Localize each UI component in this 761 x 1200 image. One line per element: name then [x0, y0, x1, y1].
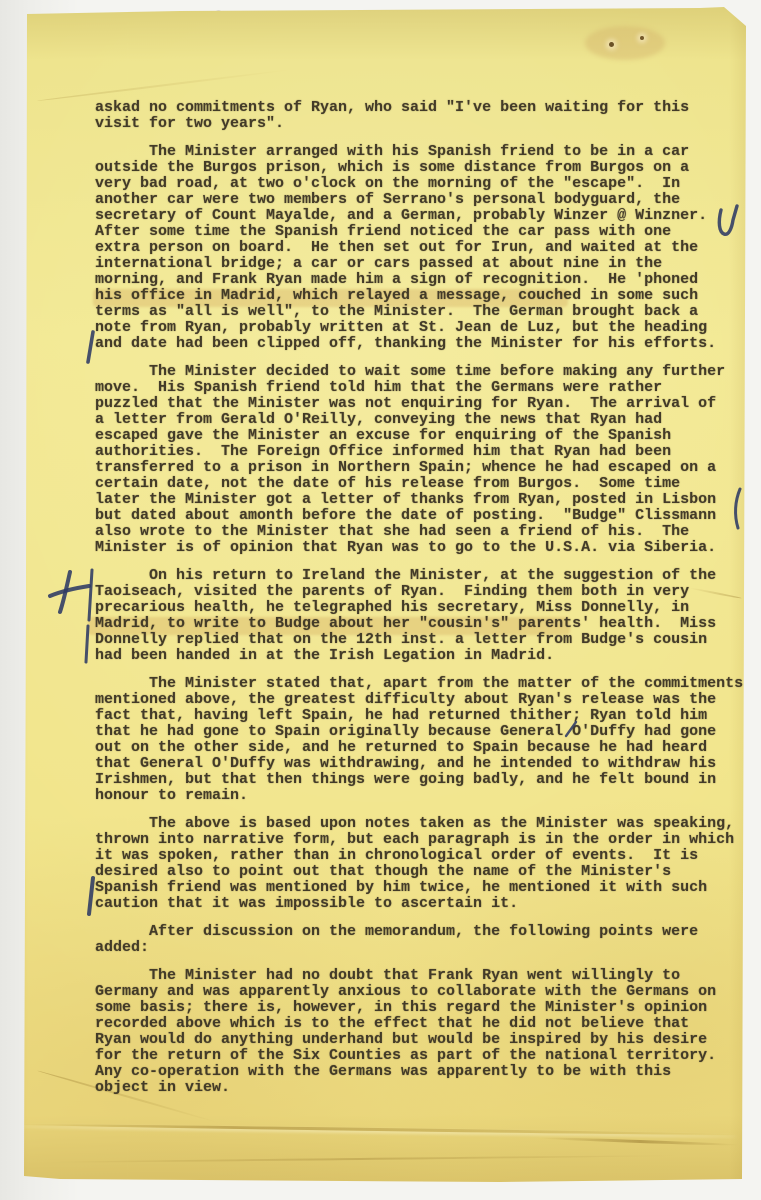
typewritten-line: precarious health, he telegraphed his se… [95, 600, 755, 616]
typewritten-line: The above is based upon notes taken as t… [95, 816, 755, 832]
typewritten-line: his office in Madrid, which relayed a me… [95, 288, 755, 304]
paragraph: The Minister arranged with his Spanish f… [95, 144, 755, 352]
paper-sheet: askad no commitments of Ryan, who said "… [0, 0, 761, 1200]
typewritten-text: askad no commitments of Ryan, who said "… [95, 100, 755, 1108]
typewritten-line: askad no commitments of Ryan, who said "… [95, 100, 755, 116]
typewritten-line: secretary of Count Mayalde, and a German… [95, 208, 755, 224]
ink-cross-icon [60, 572, 70, 612]
crease-line [540, 1137, 740, 1147]
typewritten-line: but dated about amonth before the date o… [95, 508, 755, 524]
typewritten-line: note from Ryan, probably written at St. … [95, 320, 755, 336]
typewritten-line: After some time the Spanish friend notic… [95, 224, 755, 240]
typewritten-line: had been handed in at the Irish Legation… [95, 648, 755, 664]
typewritten-line: After discussion on the memorandum, the … [95, 924, 755, 940]
scanned-document: askad no commitments of Ryan, who said "… [0, 0, 761, 1200]
typewritten-line: The Minister stated that, apart from the… [95, 676, 755, 692]
typewritten-line: some basis; there is, however, in this r… [95, 1000, 755, 1016]
typewritten-line: Germany and was apparently anxious to co… [95, 984, 755, 1000]
paragraph: The Minister decided to wait some time b… [95, 364, 755, 556]
typewritten-line: visit for two years". [95, 116, 755, 132]
typewritten-line: The Minister arranged with his Spanish f… [95, 144, 755, 160]
typewritten-line: it was spoken, rather than in chronologi… [95, 848, 755, 864]
typewritten-line: for the return of the Six Counties as pa… [95, 1048, 755, 1064]
typewritten-line: Donnelly replied that on the 12th inst. … [95, 632, 755, 648]
typewritten-line: out on the other side, and he returned t… [95, 740, 755, 756]
typewritten-line: The Minister decided to wait some time b… [95, 364, 755, 380]
ink-line-icon [86, 570, 92, 662]
paragraph: askad no commitments of Ryan, who said "… [95, 100, 755, 132]
typewritten-line: caution that it was impossible to ascert… [95, 896, 755, 912]
typewritten-line: authorities. The Foreign Office informed… [95, 444, 755, 460]
typewritten-line: certain date, not the date of his releas… [95, 476, 755, 492]
paragraph: After discussion on the memorandum, the … [95, 924, 755, 956]
typewritten-line: Madrid, to write to Budge about her "cou… [95, 616, 755, 632]
tape-stain [585, 26, 665, 60]
typewritten-line: desired also to point out that though th… [95, 864, 755, 880]
typewritten-line: honour to remain. [95, 788, 755, 804]
paragraph: The above is based upon notes taken as t… [95, 816, 755, 912]
typewritten-line: terms as "all is well", to the Minister.… [95, 304, 755, 320]
typewritten-line: morning, and Frank Ryan made him a sign … [95, 272, 755, 288]
crease-line [40, 1155, 680, 1164]
typewritten-line: that General O'Duffy was withdrawing, an… [95, 756, 755, 772]
typewritten-line: also wrote to the Minister that she had … [95, 524, 755, 540]
typewritten-line: puzzled that the Minister was not enquir… [95, 396, 755, 412]
crease-line [37, 68, 295, 102]
typewritten-line: outside the Burgos prison, which is some… [95, 160, 755, 176]
pin-hole [609, 42, 614, 47]
typewritten-line: Minister is of opinion that Ryan was to … [95, 540, 755, 556]
typewritten-line: Irishmen, but that then things were goin… [95, 772, 755, 788]
typewritten-line: Spanish friend was mentioned by him twic… [95, 880, 755, 896]
typewritten-line: and date had been clipped off, thanking … [95, 336, 755, 352]
ink-speck [214, 5, 223, 11]
paragraph: The Minister had no doubt that Frank Rya… [95, 968, 755, 1096]
typewritten-line: very bad road, at two o'clock on the mor… [95, 176, 755, 192]
typewritten-line: Any co-operation with the Germans was ap… [95, 1064, 755, 1080]
typewritten-line: Ryan would do anything underhand but wou… [95, 1032, 755, 1048]
typewritten-line: mentioned above, the greatest difficulty… [95, 692, 755, 708]
typewritten-line: international bridge; a car or cars pass… [95, 256, 755, 272]
typewritten-line: that he had gone to Spain originally bec… [95, 724, 755, 740]
typewritten-line: transferred to a prison in Northern Spai… [95, 460, 755, 476]
ink-cross-icon [50, 586, 89, 596]
typewritten-line: extra person on board. He then set out f… [95, 240, 755, 256]
typewritten-line: On his return to Ireland the Minister, a… [95, 568, 755, 584]
typewritten-line: The Minister had no doubt that Frank Rya… [95, 968, 755, 984]
ink-stroke-icon [88, 332, 93, 362]
typewritten-line: thrown into narrative form, but each par… [95, 832, 755, 848]
typewritten-line: Taoiseach, visited the parents of Ryan. … [95, 584, 755, 600]
typewritten-line: move. His Spanish friend told him that t… [95, 380, 755, 396]
crease-line [18, 1123, 738, 1136]
paragraph: The Minister stated that, apart from the… [95, 676, 755, 804]
typewritten-line: object in view. [95, 1080, 755, 1096]
typewritten-line: another car were two members of Serrano'… [95, 192, 755, 208]
typewritten-line: a letter from Gerald O'Reilly, conveying… [95, 412, 755, 428]
typewritten-line: later the Minister got a letter of thank… [95, 492, 755, 508]
typewritten-line: recorded above which is to the effect th… [95, 1016, 755, 1032]
paragraph: On his return to Ireland the Minister, a… [95, 568, 755, 664]
ink-stroke-icon [89, 878, 93, 914]
typewritten-line: added: [95, 940, 755, 956]
pin-hole [640, 36, 644, 40]
typewritten-line: escaped gave the Minister an excuse for … [95, 428, 755, 444]
typewritten-line: fact that, having left Spain, he had ret… [95, 708, 755, 724]
